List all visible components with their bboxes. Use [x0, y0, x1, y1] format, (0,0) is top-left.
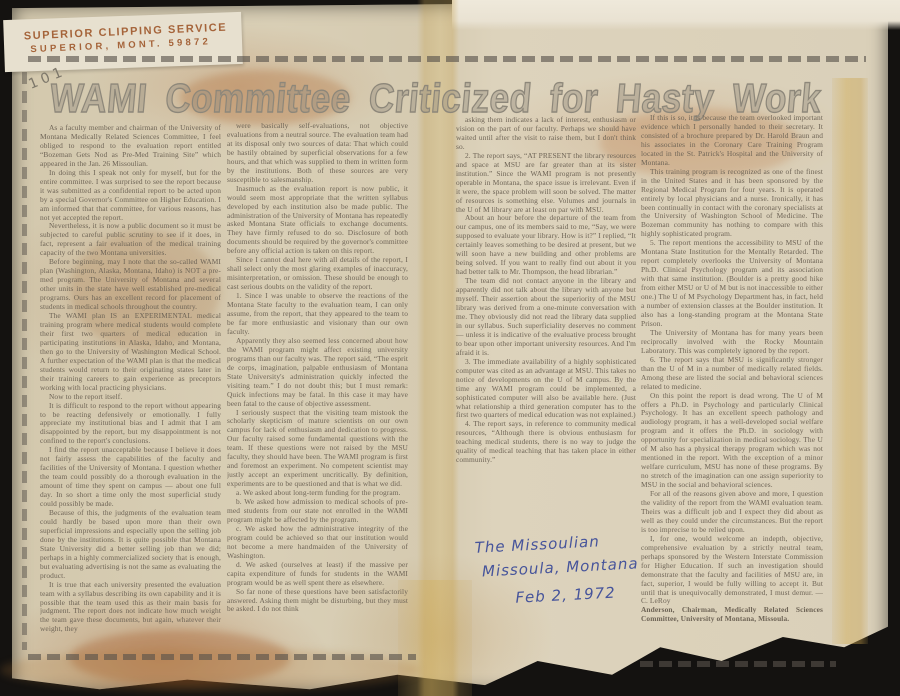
- article-paragraph: For all of the reasons given above and m…: [641, 490, 823, 535]
- article-paragraph: 5. The report mentions the accessibility…: [641, 239, 823, 329]
- article-paragraph: Since I cannot deal here with all detail…: [227, 256, 408, 292]
- article-paragraph: asking them indicates a lack of interest…: [456, 116, 636, 152]
- article-paragraph: I seriously suspect that the visiting te…: [227, 409, 408, 490]
- article-paragraph: c. We asked how the administrative integ…: [227, 525, 408, 561]
- paper-edge-top-right: [452, 0, 900, 30]
- article-paragraph: This training program is recognized as o…: [641, 168, 823, 240]
- article-signature: Anderson, Chairman, Medically Related Sc…: [641, 606, 823, 624]
- article-paragraph: Inasmuch as the evaluation report is now…: [227, 185, 408, 257]
- article-paragraph: On this point the report is dead wrong. …: [641, 392, 823, 490]
- article-paragraph: The University of Montana has for many y…: [641, 329, 823, 356]
- article-paragraph: The WAMI plan IS an EXPERIMENTAL medical…: [40, 312, 221, 393]
- article-paragraph: Nevertheless, it is now a public documen…: [40, 222, 221, 258]
- scanned-clipping-page: SUPERIOR CLIPPING SERVICE SUPERIOR, MONT…: [0, 0, 900, 696]
- article-paragraph: 4. The report says, in reference to comm…: [456, 420, 636, 465]
- article-paragraph: It is difficult to respond to the report…: [40, 402, 221, 447]
- ornament-border-left: [22, 72, 27, 650]
- note-location: Missoula, Montana: [482, 553, 669, 581]
- article-paragraph: 1. Since I was unable to observe the rea…: [227, 292, 408, 337]
- article-paragraph: 2. The report says, “AT PRESENT the libr…: [456, 152, 636, 215]
- article-paragraph: I find the report unacceptable because I…: [40, 446, 221, 509]
- article-paragraph: d. We asked (ourselves at least) if the …: [227, 561, 408, 588]
- article-paragraph: So far none of these questions have been…: [227, 588, 408, 615]
- article-column-2: were basically self-evaluations, not obj…: [227, 122, 408, 656]
- article-paragraph: As a faculty member and chairman of the …: [40, 124, 221, 169]
- article-paragraph: About an hour before the departure of th…: [456, 214, 636, 277]
- article-paragraph: 6. The report says that MSU is significa…: [641, 356, 823, 392]
- article-paragraph: If this is so, it is because the team ov…: [641, 114, 823, 168]
- article-paragraph: were basically self-evaluations, not obj…: [227, 122, 408, 185]
- article-paragraph: Apparently they also seemed less concern…: [227, 337, 408, 409]
- article-column-1: As a faculty member and chairman of the …: [40, 124, 221, 656]
- handwritten-source-note: The Missoulian Missoula, Montana Feb 2, …: [466, 529, 669, 609]
- article-paragraph: b. We asked how admission to medical sch…: [227, 498, 408, 525]
- ornament-border-top: [28, 56, 866, 62]
- article-paragraph: In doing this I speak not only for mysel…: [40, 169, 221, 223]
- article-paragraph: It is true that each university presente…: [40, 581, 221, 635]
- article-column-3: asking them indicates a lack of interest…: [456, 116, 636, 520]
- article-paragraph: 3. The immediate availability of a highl…: [456, 358, 636, 421]
- article-paragraph: Because of this, the judgments of the ev…: [40, 509, 221, 581]
- article-paragraph: Before beginning, may I note that the so…: [40, 258, 221, 312]
- article-paragraph: The team did not contact anyone in the l…: [456, 277, 636, 358]
